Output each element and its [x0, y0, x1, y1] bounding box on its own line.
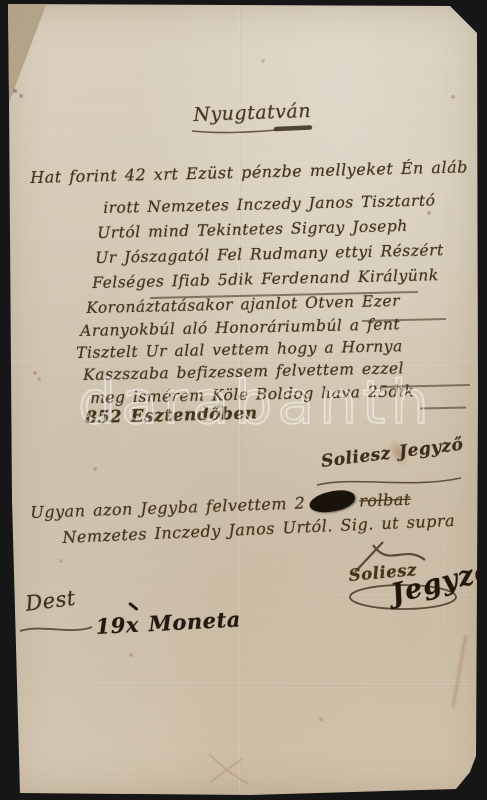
ink-underline — [420, 406, 466, 409]
body-line: irott Nemzetes Inczedy Janos Tisztartó — [103, 191, 436, 217]
paper-crease — [36, 79, 109, 240]
stain — [203, 752, 255, 786]
ink-blot — [308, 488, 357, 516]
signature-underline-flourish — [315, 474, 465, 490]
body-line: 852 Esztendőben — [85, 403, 258, 428]
body-line: Aranyokbúl aló Honoráriumbúl a fent — [80, 315, 400, 340]
title-underline-flourish — [190, 124, 315, 136]
ink-accent-stroke — [128, 602, 138, 611]
foxing-spots — [0, 0, 2, 2]
document-title: Nyugtatván — [193, 100, 311, 126]
body-line: Ur Jószagatól Fel Rudmany ettyi Részért — [95, 241, 444, 267]
body-line: Kaszszaba befizessem felvettem ezzel — [83, 359, 404, 384]
body-line: Tisztelt Ur alal vettem hogy a Hornya — [76, 337, 403, 362]
note-text-struck: rolbat — [359, 489, 411, 510]
paper-crease — [444, 40, 446, 790]
document-paper: Nyugtatván Hat forint 42 xrt Ezüst pénzb… — [0, 0, 487, 800]
footer-amount: 19x Moneta — [95, 606, 241, 639]
body-line: Felséges Ifiab 5dik Ferdenand Királyünk — [92, 266, 439, 292]
photo-background: Nyugtatván Hat forint 42 xrt Ezüst pénzb… — [0, 0, 487, 800]
body-line: Urtól mind Tekintetes Sigray Joseph — [97, 217, 408, 242]
note-text: Ugyan azon Jegyba felvettem 2 — [30, 493, 305, 522]
stain — [452, 634, 468, 707]
signature-notary: Soliesz Jegyző — [320, 435, 464, 472]
body-line: Hat forint 42 xrt Ezüst pénzbe mellyeket… — [30, 157, 468, 187]
footer-place: Dest — [24, 586, 77, 616]
footer-underline-flourish — [18, 622, 96, 636]
paper-crease — [12, 682, 478, 686]
